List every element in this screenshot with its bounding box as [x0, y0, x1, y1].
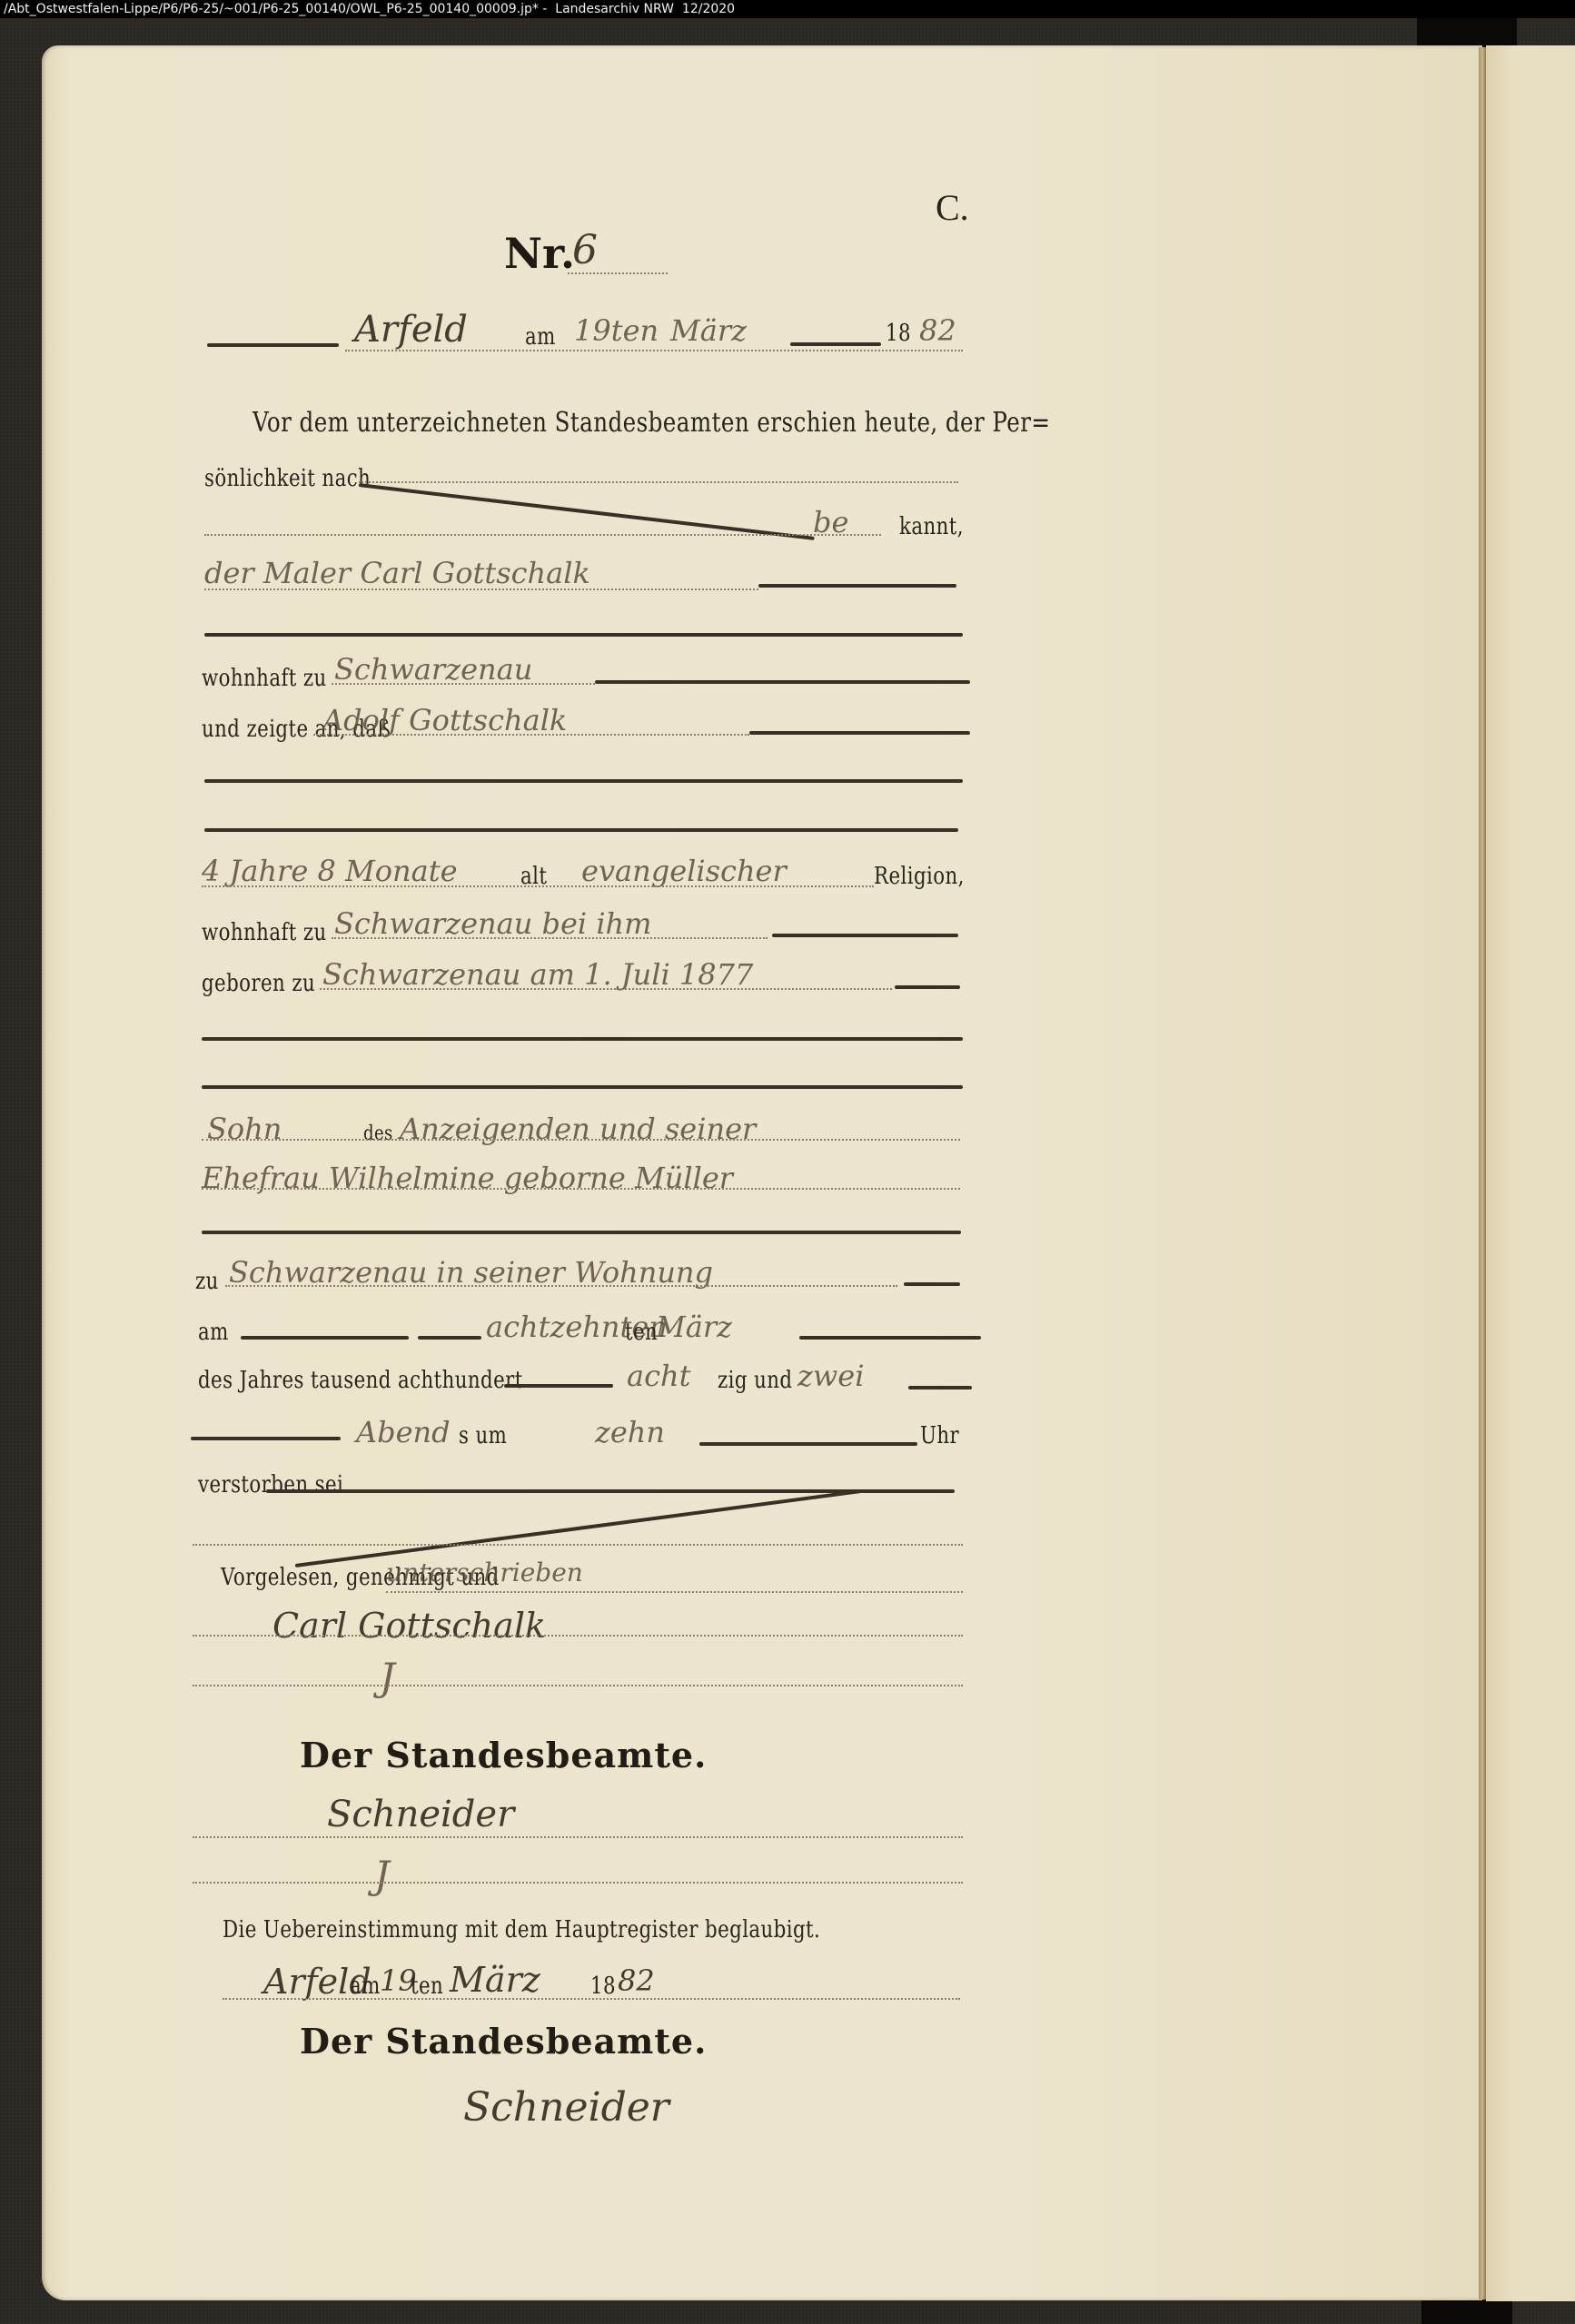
uhr-label: Uhr [920, 1422, 959, 1449]
day-field: 19ten [574, 313, 659, 348]
parent-line-1-field: Anzeigenden und seiner [400, 1112, 756, 1146]
kannt-label: kannt, [899, 513, 964, 540]
dotted-line [193, 1836, 963, 1838]
dotted-line [204, 588, 758, 590]
religion-field: evangelischer [581, 854, 787, 888]
informant-mark: J [380, 1655, 395, 1699]
informant-field: der Maler Carl Gottschalk [204, 556, 590, 590]
rule [749, 731, 970, 735]
age-field: 4 Jahre 8 Monate [202, 854, 458, 888]
official-signature: Schneider [327, 1794, 514, 1835]
informant-signature: Carl Gottschalk [272, 1606, 546, 1646]
record-number-label: Nr. [504, 229, 575, 278]
dotted-line [202, 885, 874, 887]
window-title-bar: /Abt_Ostwestfalen-Lippe/P6/P6-25/~001/P6… [0, 0, 1575, 18]
rule [595, 680, 970, 684]
cert-am-label: am [350, 1973, 381, 2000]
gutter-shadow-bottom [1421, 2300, 1512, 2324]
dotted-line [225, 1285, 897, 1287]
intro-line-2: sönlichkeit nach [204, 465, 371, 492]
rule [504, 1384, 613, 1388]
parent-prefix-field: Sohn [207, 1112, 282, 1146]
rule [204, 828, 958, 832]
rule [241, 1336, 409, 1340]
hour-field: zehn [595, 1415, 665, 1449]
des-label: des [363, 1122, 393, 1145]
facing-page-edge [1486, 45, 1575, 2301]
cert-year-prefix: 18 [590, 1973, 616, 2000]
deceased-residence-field: Schwarzenau bei ihm [334, 906, 652, 941]
kannt-prefix: be [813, 505, 848, 539]
dotted-line [193, 1544, 963, 1546]
record-number-line [568, 272, 668, 274]
zig-und-label: zig und [718, 1367, 792, 1394]
gutter-shadow-top [1417, 18, 1517, 47]
dotted-line [193, 1882, 963, 1884]
unterschrieben-field: unterschrieben [386, 1558, 583, 1587]
official-heading: Der Standesbeamte. [300, 1735, 707, 1775]
dotted-line [193, 1635, 963, 1637]
birth-field: Schwarzenau am 1. Juli 1877 [322, 957, 753, 992]
rule [202, 1231, 961, 1234]
death-year-units-field: zwei [797, 1359, 864, 1393]
parent-line-2-field: Ehefrau Wilhelmine geborne Müller [202, 1161, 733, 1195]
death-year-tens-field: acht [627, 1359, 690, 1393]
dotted-line [332, 937, 768, 939]
intro-line-1: Vor dem unterzeichneten Standesbeamten e… [253, 407, 1050, 439]
rule [908, 1386, 972, 1389]
form-letter: C. [936, 186, 969, 229]
death-month-field: März [656, 1310, 732, 1344]
dotted-line [386, 1591, 963, 1593]
rule [191, 1437, 341, 1440]
official-mark: J [374, 1853, 390, 1897]
dotted-line [223, 1998, 960, 2000]
zu-label: zu [195, 1268, 219, 1295]
cert-signature: Schneider [463, 2084, 669, 2131]
cert-heading: Der Standesbeamte. [300, 2021, 707, 2062]
rule [904, 1282, 960, 1286]
verstorben-label: verstorben sei [198, 1471, 343, 1498]
dotted-line [202, 1139, 960, 1141]
ten-label: ten [625, 1319, 658, 1346]
dotted-line [313, 734, 749, 736]
place-field: Arfeld [354, 309, 468, 351]
wohnhaft-label: wohnhaft zu [202, 665, 327, 692]
dotted-line [320, 988, 892, 990]
book-gutter [1479, 47, 1486, 2299]
cert-month-field: März [450, 1960, 540, 2000]
dotted-line [202, 1188, 960, 1190]
rule [895, 985, 960, 989]
rule [207, 343, 339, 347]
religion-label: Religion, [874, 863, 965, 890]
dotted-line [204, 534, 881, 536]
cert-ten-label: ten [411, 1973, 443, 2000]
rule [202, 1085, 963, 1089]
record-number-value: 6 [572, 227, 598, 273]
s-um-label: s um [459, 1422, 507, 1449]
rule [204, 633, 963, 637]
rule [758, 584, 956, 588]
rule [790, 342, 881, 346]
rule [418, 1336, 481, 1340]
deceased-residence-label: wohnhaft zu [202, 919, 327, 946]
am-label: am [198, 1319, 229, 1346]
rule [699, 1442, 917, 1446]
rule [204, 779, 963, 783]
date-dotted [345, 350, 963, 351]
rule [772, 934, 958, 937]
time-of-day-field: Abend [356, 1415, 451, 1449]
jahres-label: des Jahres tausend achthundert [198, 1367, 523, 1394]
month-field: März [670, 313, 747, 348]
cert-year-suffix: 82 [618, 1963, 655, 1998]
year-prefix: 18 [886, 320, 911, 347]
am-label: am [525, 323, 556, 351]
rule [202, 1037, 963, 1041]
dotted-line [193, 1685, 963, 1686]
dotted-line [332, 683, 595, 685]
certification-text: Die Uebereinstimmung mit dem Hauptregist… [223, 1916, 820, 1943]
dotted-line [359, 481, 958, 483]
rule [799, 1336, 981, 1340]
year-suffix: 82 [919, 313, 956, 348]
geboren-label: geboren zu [202, 970, 315, 997]
deceased-name-field: Adolf Gottschalk [322, 703, 567, 737]
informant-residence-field: Schwarzenau [334, 652, 532, 687]
